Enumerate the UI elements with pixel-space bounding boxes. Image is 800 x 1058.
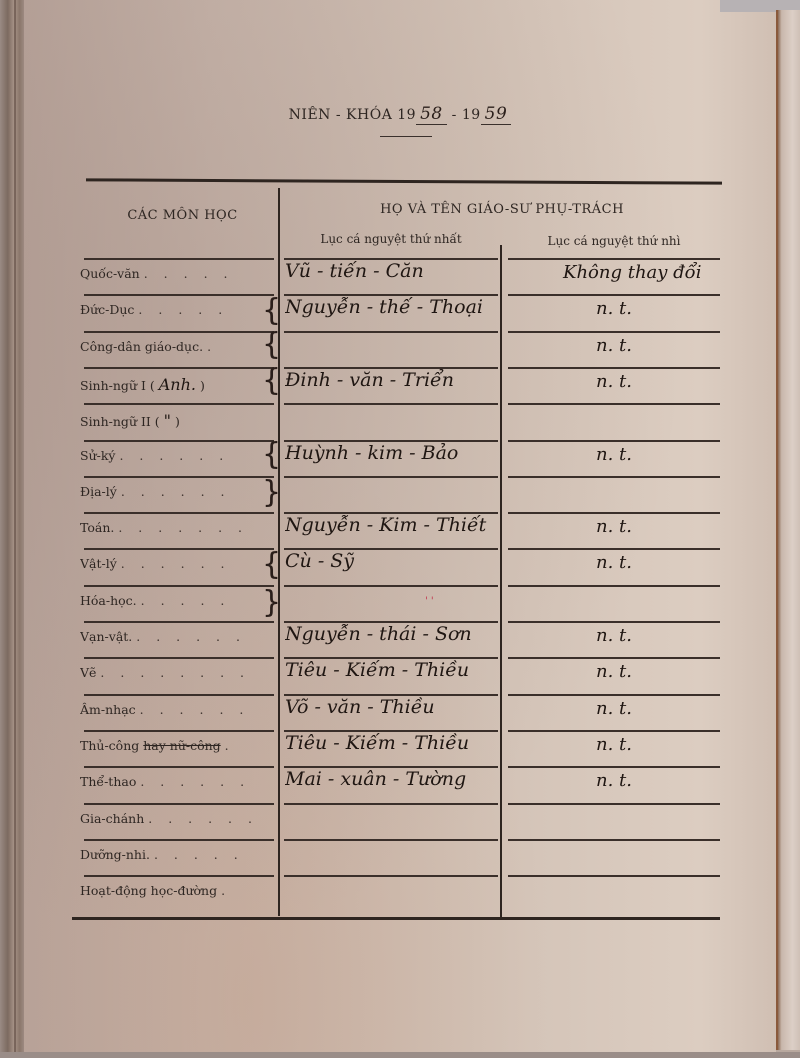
teacher-semester1: Đinh - văn - Triển <box>285 369 500 391</box>
teacher-semester1: Nguyễn - thế - Thoại <box>285 296 500 318</box>
leader-dots: . <box>221 883 231 898</box>
teacher-semester1: Nguyễn - Kim - Thiết <box>285 514 500 536</box>
subject-label: Quốc-văn . . . . . <box>80 266 270 281</box>
table-row: Toán. . . . . . . .Nguyễn - Kim - Thiếtn… <box>0 512 800 548</box>
teacher-semester2: n. t. <box>505 516 723 537</box>
subject-name: Hoạt-động học-đường <box>80 883 217 898</box>
subject-label: Thủ-công hay nữ-công . <box>80 738 270 753</box>
table-row: Sử-ký . . . . . .Huỳnh - kim - Bảon. t. <box>0 440 800 476</box>
table-row: Dưỡng-nhi. . . . . . <box>0 839 800 875</box>
subject-label: Toán. . . . . . . . <box>80 520 270 535</box>
semester2-header: Lục cá nguyệt thứ nhì <box>505 234 723 248</box>
leader-dots: . . . . . . <box>148 811 258 826</box>
teacher-semester1: Vũ - tiến - Căn <box>285 260 500 282</box>
subject-name: Địa-lý <box>80 484 117 499</box>
subject-label: Hóa-học. . . . . . <box>80 593 270 608</box>
teacher-semester2: n. t. <box>505 371 723 392</box>
subject-label: Dưỡng-nhi. . . . . . <box>80 847 270 862</box>
subject-name: Âm-nhạc <box>80 702 136 717</box>
subject-label: Vật-lý . . . . . . <box>80 556 270 571</box>
leader-dots: . . . . . . . <box>118 520 248 535</box>
subject-label: Vẽ . . . . . . . . <box>80 665 270 680</box>
leader-dots: . . . . . . <box>140 774 250 789</box>
leader-dots: . . . . . . <box>119 448 229 463</box>
subject-label: Đức-Dục . . . . . <box>80 302 270 317</box>
leader-dots: . . . . . <box>144 266 234 281</box>
leader-dots: . . . . . . . . <box>100 665 250 680</box>
leader-dots: . . . . . . <box>121 556 231 571</box>
table-row: Hóa-học. . . . . . <box>0 585 800 621</box>
table-row: Quốc-văn . . . . .Vũ - tiến - CănKhông t… <box>0 258 800 294</box>
table-row: Địa-lý . . . . . . <box>0 476 800 512</box>
table-row: Sinh-ngữ II ( " ) <box>0 403 800 439</box>
table-row: Vẽ . . . . . . . .Tiêu - Kiếm - Thiềun. … <box>0 657 800 693</box>
subject-name: Vật-lý <box>80 556 117 571</box>
table-row: Thủ-công hay nữ-công .Tiêu - Kiếm - Thiề… <box>0 730 800 766</box>
red-ink-mark: ' ' <box>425 596 434 607</box>
subject-name: Sinh-ngữ II ( <box>80 414 160 429</box>
subject-name: Công-dân giáo-dục. <box>80 339 203 354</box>
teacher-semester2: n. t. <box>505 625 723 646</box>
subject-label: Âm-nhạc . . . . . . <box>80 702 270 717</box>
subject-name: Vẽ <box>80 665 96 680</box>
paren-close: ) <box>175 414 180 429</box>
brace-mark: } <box>262 588 281 618</box>
subject-label: Sinh-ngữ I ( Anh. ) <box>80 375 270 394</box>
subject-name: Thể-thao <box>80 774 136 789</box>
teacher-semester2: n. t. <box>505 298 723 319</box>
brace-mark: { <box>262 296 281 326</box>
brace-mark: { <box>262 440 281 470</box>
teacher-semester2: n. t. <box>505 661 723 682</box>
subject-name: Thủ-công <box>80 738 139 753</box>
teacher-semester2: n. t. <box>505 335 723 356</box>
struck-text: hay nữ-công <box>143 738 220 753</box>
subjects-teachers-table: CÁC MÔN HỌC HỌ VÀ TÊN GIÁO-SƯ PHỤ-TRÁCH … <box>0 0 800 1058</box>
teacher-semester2: n. t. <box>505 734 723 755</box>
leader-dots: . . . . . . <box>140 702 250 717</box>
subject-label: Địa-lý . . . . . . <box>80 484 270 499</box>
subject-label: Gia-chánh . . . . . . <box>80 811 270 826</box>
teacher-semester2: n. t. <box>505 770 723 791</box>
subject-label: Hoạt-động học-đường . <box>80 883 270 898</box>
teacher-semester1: Huỳnh - kim - Bảo <box>285 442 500 464</box>
subject-label: Vạn-vật. . . . . . . <box>80 629 270 644</box>
subject-label: Sử-ký . . . . . . <box>80 448 270 463</box>
subject-name: Dưỡng-nhi. <box>80 847 150 862</box>
teachers-header: HỌ VÀ TÊN GIÁO-SƯ PHỤ-TRÁCH <box>282 202 722 217</box>
leader-dots: . . . . . <box>138 302 228 317</box>
subjects-header: CÁC MÔN HỌC <box>90 208 275 223</box>
teacher-semester2: n. t. <box>505 444 723 465</box>
leader-dots: . . . . . . <box>136 629 246 644</box>
brace-mark: { <box>262 550 281 580</box>
teacher-semester1: Tiêu - Kiếm - Thiều <box>285 732 500 754</box>
teacher-semester1: Tiêu - Kiếm - Thiều <box>285 659 500 681</box>
subject-name: Gia-chánh <box>80 811 144 826</box>
leader-dots: . <box>207 339 217 354</box>
language-handwritten: " <box>164 411 171 430</box>
leader-dots: . <box>225 738 235 753</box>
teacher-semester2: n. t. <box>505 698 723 719</box>
subject-name: Vạn-vật. <box>80 629 132 644</box>
subject-name: Đức-Dục <box>80 302 134 317</box>
teacher-semester1: Mai - xuân - Tường <box>285 768 500 790</box>
leader-dots: . . . . . . <box>121 484 231 499</box>
teacher-semester1: Võ - văn - Thiều <box>285 696 500 718</box>
table-row: Âm-nhạc . . . . . .Võ - văn - Thiềun. t. <box>0 694 800 730</box>
leader-dots: . . . . . <box>154 847 244 862</box>
brace-mark: { <box>262 366 281 396</box>
subject-name: Sử-ký <box>80 448 115 463</box>
table-row: Vật-lý . . . . . .Cù - Sỹn. t. <box>0 548 800 584</box>
language-handwritten: Anh. <box>159 375 196 394</box>
brace-mark: { <box>262 330 281 360</box>
paren-close: ) <box>200 378 205 393</box>
subject-label: Thể-thao . . . . . . <box>80 774 270 789</box>
subject-label: Sinh-ngữ II ( " ) <box>80 411 270 430</box>
subject-name: Sinh-ngữ I ( <box>80 378 155 393</box>
teacher-semester2: n. t. <box>505 552 723 573</box>
semester1-header: Lục cá nguyệt thứ nhất <box>282 232 500 246</box>
table-row: Công-dân giáo-dục. .n. t. <box>0 331 800 367</box>
table-top-rule <box>86 178 722 184</box>
subject-name: Quốc-văn <box>80 266 140 281</box>
subject-name: Hóa-học. <box>80 593 137 608</box>
subject-label: Công-dân giáo-dục. . <box>80 339 270 354</box>
teacher-semester2: Không thay đổi <box>505 262 781 283</box>
subject-name: Toán. <box>80 520 114 535</box>
table-row: Thể-thao . . . . . .Mai - xuân - Tườngn.… <box>0 766 800 802</box>
teacher-semester1: Nguyễn - thái - Sơn <box>285 623 500 645</box>
teacher-semester1: Cù - Sỹ <box>285 550 500 572</box>
table-row: Đức-Dục . . . . .Nguyễn - thế - Thoạin. … <box>0 294 800 330</box>
table-row: Hoạt-động học-đường . <box>0 875 800 911</box>
leader-dots: . . . . . <box>141 593 231 608</box>
brace-mark: } <box>262 478 281 508</box>
table-row: Vạn-vật. . . . . . .Nguyễn - thái - Sơnn… <box>0 621 800 657</box>
table-row: Gia-chánh . . . . . . <box>0 803 800 839</box>
table-bottom-rule <box>72 917 720 920</box>
table-row: Sinh-ngữ I ( Anh. )Đinh - văn - Triểnn. … <box>0 367 800 403</box>
